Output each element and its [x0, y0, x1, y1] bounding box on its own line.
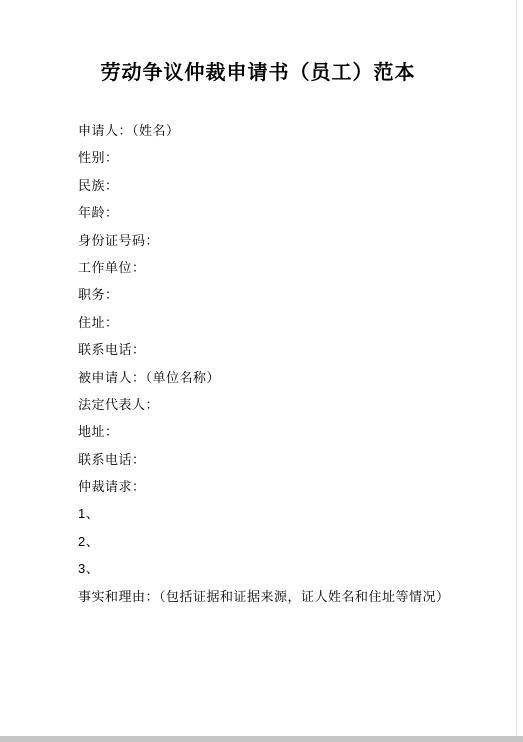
page-bottom-edge — [0, 736, 523, 742]
line-phone-applicant: 联系电话： — [78, 336, 483, 363]
page-right-edge — [516, 0, 517, 736]
line-claim-3: 3、 — [78, 555, 483, 582]
line-facts-and-reasons: 事实和理由：（包括证据和证据来源，证人姓名和住址等情况） — [78, 583, 483, 610]
line-work-unit: 工作单位： — [78, 254, 483, 281]
line-phone-respondent: 联系电话： — [78, 446, 483, 473]
line-residence: 住址： — [78, 309, 483, 336]
line-age: 年龄： — [78, 199, 483, 226]
line-applicant: 申请人：（姓名） — [78, 117, 483, 144]
line-legal-representative: 法定代表人： — [78, 391, 483, 418]
line-arbitration-claims: 仲裁请求： — [78, 473, 483, 500]
line-gender: 性别： — [78, 144, 483, 171]
line-ethnicity: 民族： — [78, 172, 483, 199]
document-page: 劳动争议仲裁申请书（员工）范本 申请人：（姓名） 性别： 民族： 年龄： 身份证… — [0, 0, 523, 742]
document-body: 申请人：（姓名） 性别： 民族： 年龄： 身份证号码： 工作单位： 职务： 住址… — [78, 117, 483, 610]
line-id-number: 身份证号码： — [78, 227, 483, 254]
line-claim-1: 1、 — [78, 500, 483, 527]
line-respondent: 被申请人：（单位名称） — [78, 364, 483, 391]
document-title: 劳动争议仲裁申请书（员工）范本 — [0, 58, 516, 88]
line-claim-2: 2、 — [78, 528, 483, 555]
line-job-title: 职务： — [78, 281, 483, 308]
line-address: 地址： — [78, 418, 483, 445]
